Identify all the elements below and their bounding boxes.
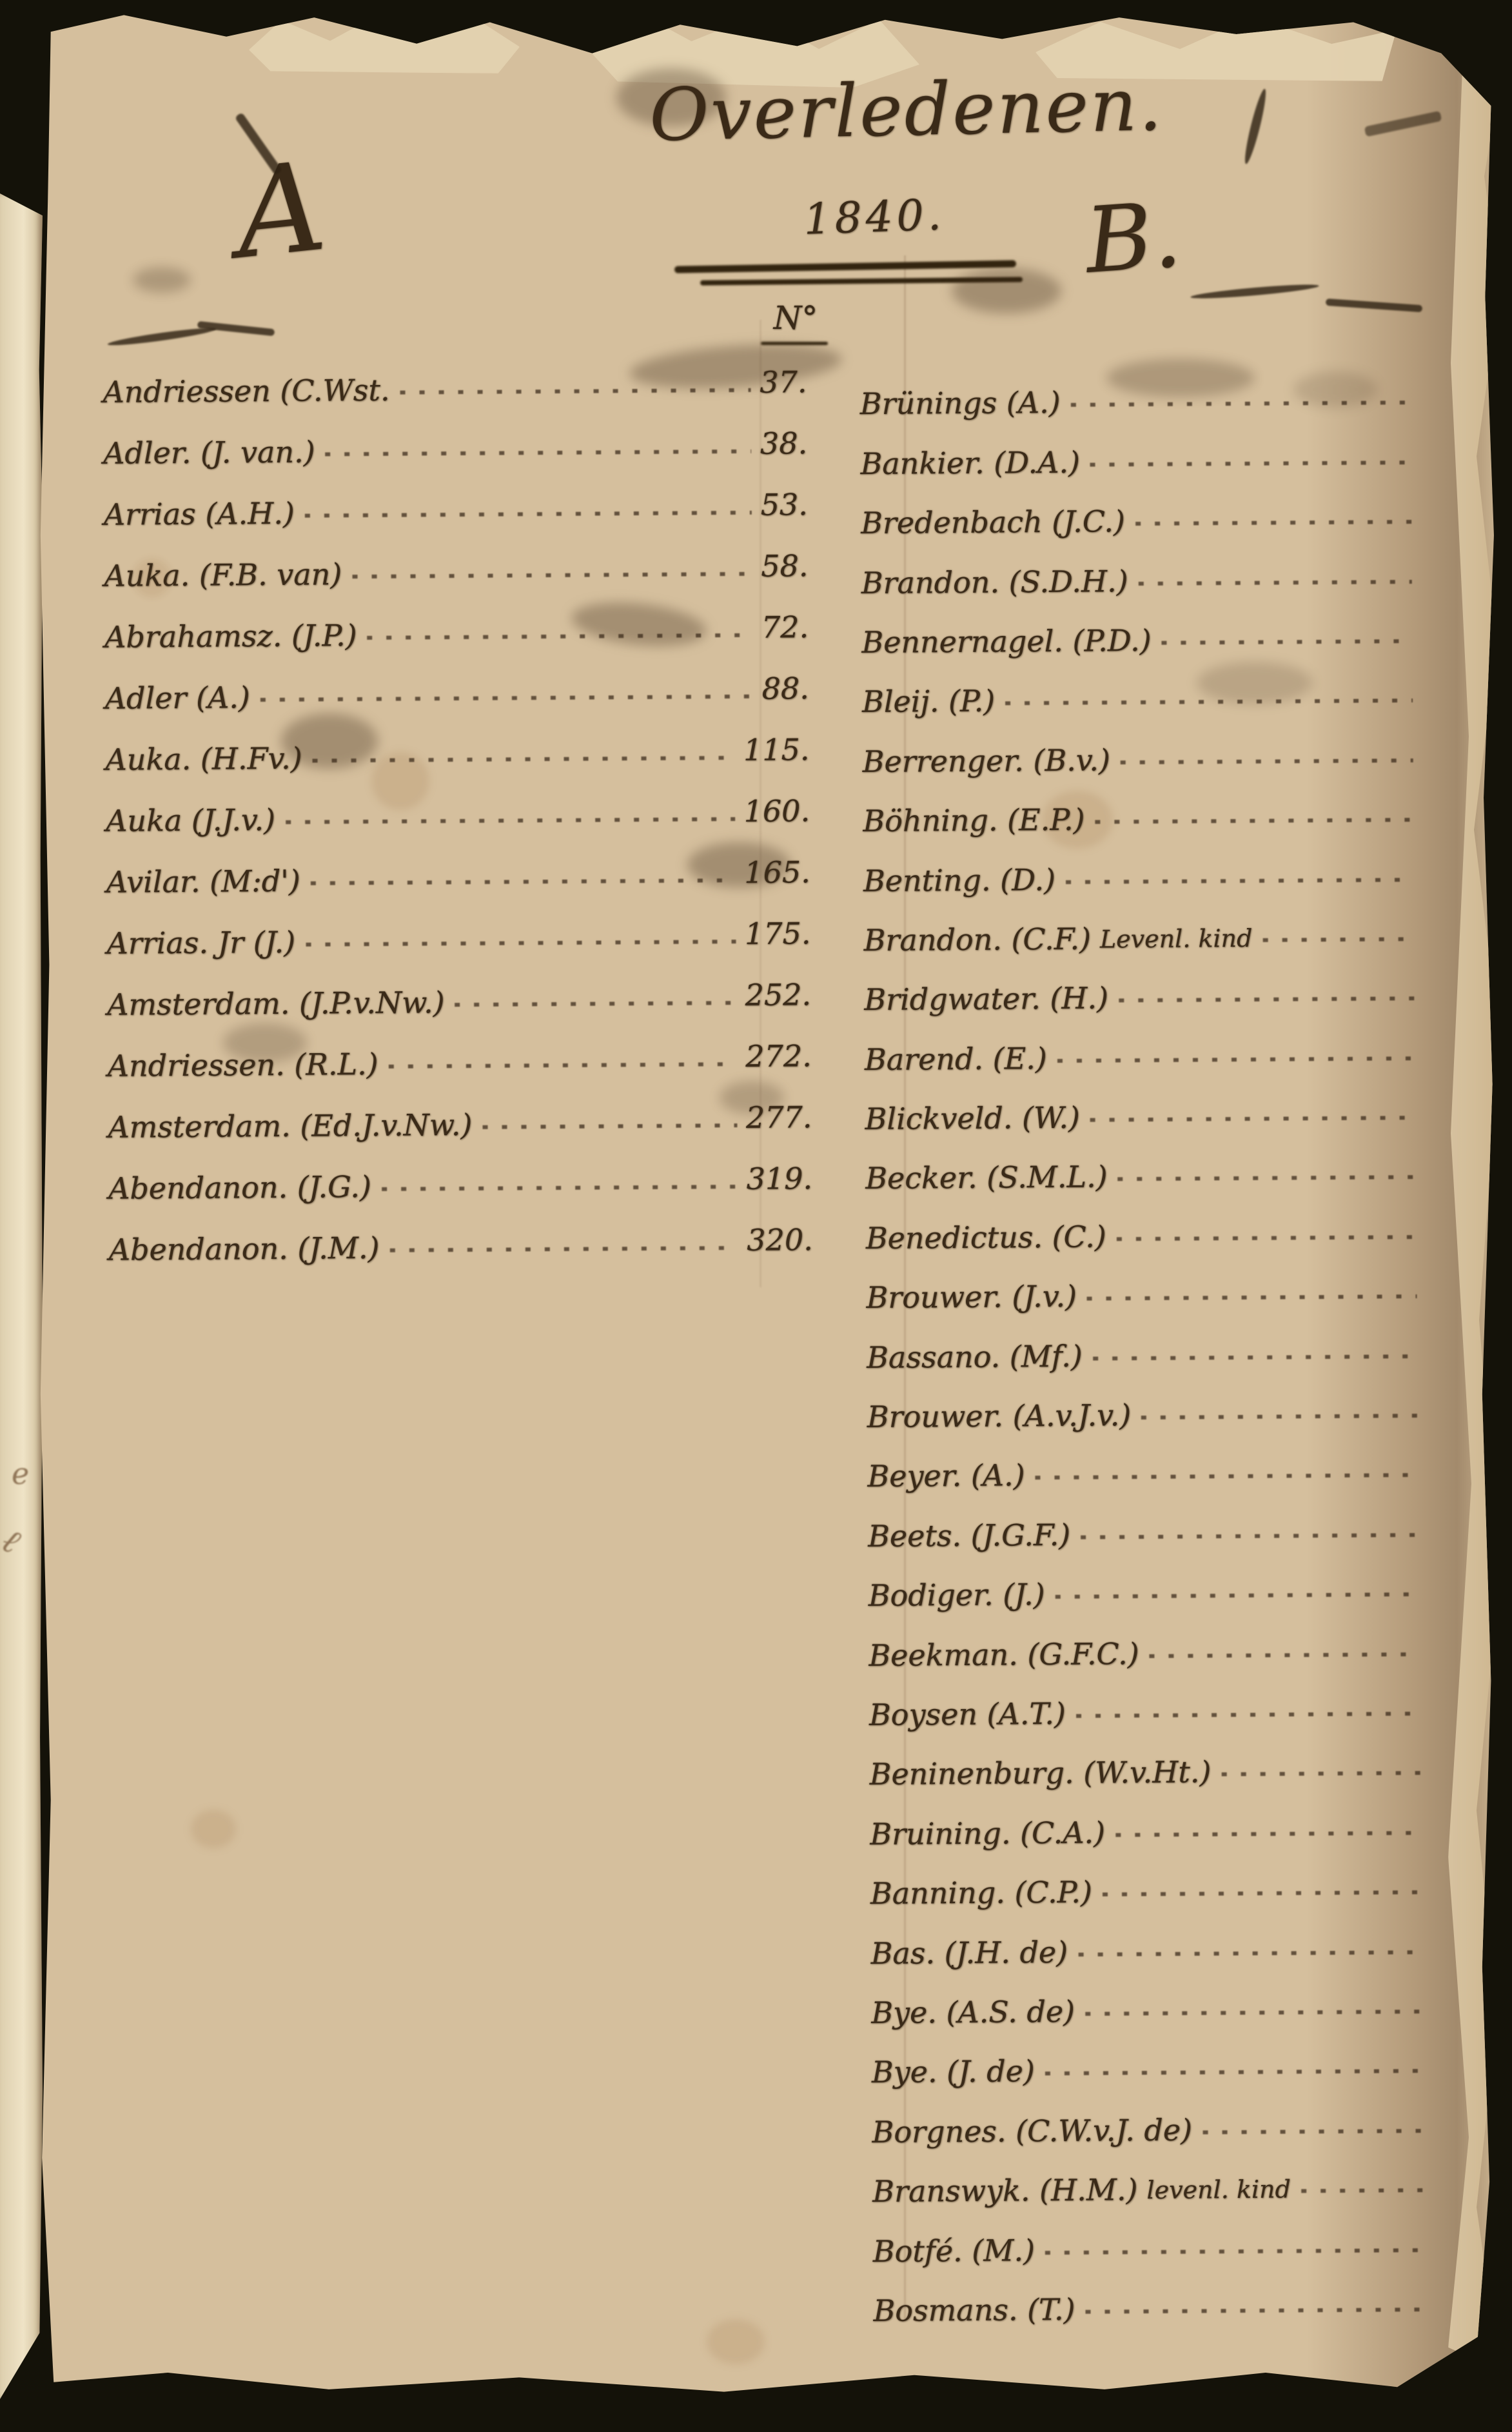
entry-name: Brouwer. (A.v.J.v.) (867, 1398, 1132, 1434)
entry-name: Bridgwater. (H.) (864, 981, 1108, 1018)
ink-smudge (616, 68, 726, 126)
entry-name: Bredenbach (J.C.) (861, 504, 1125, 540)
entry-name: Arrias (A.H.) (104, 496, 295, 532)
entry-name: Andriessen (C.Wst. (103, 373, 389, 410)
dotted-leader (455, 1001, 736, 1007)
entry-name: Bankier. (D.A.) (860, 444, 1080, 480)
register-row: Bosmans. (T.) (873, 2264, 1433, 2328)
entry-name: Beninenburg. (W.v.Ht.) (869, 1755, 1211, 1792)
scanned-register-page: { "page": { "title": "Overledenen.", "ye… (0, 0, 1512, 2432)
register-row: Brünings (A.) (859, 358, 1420, 421)
column-a: Andriessen (C.Wst. 37. Adler. (J. van.) … (103, 343, 813, 1267)
register-row: Avilar. (M:d') 165. (106, 833, 810, 900)
dotted-leader (352, 572, 752, 578)
entry-note: levenl. kind (1146, 2175, 1291, 2205)
entry-name: Andriessen. (R.L.) (108, 1047, 378, 1083)
entry-name: Beekman. (G.F.C.) (869, 1636, 1139, 1673)
entry-name: Bruining. (C.A.) (870, 1815, 1105, 1852)
register-row: Bridgwater. (H.) (864, 954, 1424, 1017)
entry-name: Amsterdam. (J.P.v.Nw.) (107, 985, 445, 1022)
dotted-leader (1262, 937, 1414, 942)
dotted-leader (305, 511, 752, 518)
dotted-leader (1119, 996, 1415, 1002)
dotted-leader (1090, 1116, 1416, 1122)
dotted-leader (368, 633, 752, 640)
torn-paper-flap (249, 14, 520, 74)
dotted-leader (1093, 1354, 1417, 1361)
foxing-spot (191, 1810, 236, 1848)
dotted-leader (1150, 1652, 1420, 1658)
register-row: Adler. (J. van.) 38. (103, 404, 808, 471)
register-row: Abendanon. (J.G.) 319. (108, 1140, 813, 1206)
column-b: Brünings (A.) Bankier. (D.A.) Bredenbach… (859, 358, 1433, 2328)
register-page: Overledenen. 1840. N° A B. Andriessen (C… (36, 10, 1500, 2397)
register-row: Berrenger. (B.v.) (862, 715, 1422, 778)
register-row: Bredenbach (J.C.) (861, 477, 1421, 540)
entry-name: Brandon. (S.D.H.) (861, 564, 1128, 600)
register-row: Beyer. (A.) (867, 1430, 1428, 1494)
entry-name: Bas. (J.H. de) (870, 1934, 1068, 1970)
register-row: Bas. (J.H. de) (870, 1907, 1431, 1970)
register-row: Brouwer. (J.v.) (866, 1252, 1426, 1315)
register-row: Bassano. (Mf.) (867, 1311, 1427, 1374)
entry-number: 58. (761, 548, 809, 584)
entry-number: 160. (743, 793, 810, 829)
entry-name: Brandon. (C.F.) (863, 921, 1091, 957)
entry-name: Branswyk. (H.M.) (872, 2172, 1138, 2209)
dotted-leader (400, 388, 751, 395)
ink-smudge (952, 268, 1061, 313)
register-row: Andriessen (C.Wst. 37. (103, 343, 807, 410)
entry-number: 272. (745, 1038, 812, 1074)
register-row: Borgnes. (C.W.v.J. de) (872, 2086, 1432, 2149)
entry-name: Bye. (A.S. de) (871, 1994, 1075, 2030)
entry-name: Adler (A.) (105, 680, 250, 716)
register-row: Botfé. (M.) (872, 2205, 1433, 2268)
year-label: 1840. (719, 187, 1030, 248)
entry-name: Boysen (A.T.) (869, 1696, 1066, 1732)
entry-name: Auka (J.J.v.) (106, 802, 275, 838)
dotted-leader (1203, 2129, 1423, 2134)
entry-name: Beyer. (A.) (867, 1458, 1025, 1494)
dotted-leader (1045, 2248, 1424, 2255)
register-row: Bye. (A.S. de) (871, 1966, 1431, 2030)
dotted-leader (1076, 1712, 1420, 1718)
dotted-leader (326, 450, 751, 457)
torn-right-edge (1448, 36, 1500, 2371)
register-row: Arrias (A.H.) 53. (103, 466, 808, 532)
ink-flourish (1364, 111, 1442, 137)
entry-name: Bassano. (Mf.) (867, 1338, 1083, 1374)
dotted-leader (311, 878, 736, 885)
register-row: Auka. (H.Fv.) 115. (105, 711, 810, 777)
entry-name: Brünings (A.) (860, 385, 1061, 421)
register-row: Benedictus. (C.) (865, 1192, 1426, 1255)
dotted-leader (1103, 1890, 1421, 1896)
entry-number: 37. (760, 364, 807, 400)
entry-note: Levenl. kind (1100, 924, 1253, 954)
dotted-leader (1135, 520, 1411, 526)
ink-flourish (197, 321, 275, 336)
entry-number: 72. (761, 609, 809, 645)
entry-name: Abendanon. (J.G.) (108, 1169, 371, 1206)
entry-number: 115. (743, 732, 810, 767)
register-row: Benting. (D.) (863, 835, 1424, 898)
dotted-leader (1087, 1294, 1417, 1301)
entry-number: 53. (760, 487, 808, 522)
dotted-leader (1301, 2188, 1423, 2193)
register-row: Abendanon. (J.M.) 320. (108, 1201, 813, 1267)
dotted-leader (313, 756, 735, 763)
entry-name: Adler. (J. van.) (103, 435, 315, 471)
dotted-leader (1139, 580, 1412, 586)
dotted-leader (306, 940, 736, 947)
entry-name: Becker. (S.M.L.) (865, 1160, 1108, 1196)
entry-name: Bosmans. (T.) (873, 2292, 1075, 2328)
register-row: Beekman. (G.F.C.) (869, 1609, 1429, 1672)
dotted-leader (1095, 818, 1413, 824)
dotted-leader (389, 1246, 738, 1252)
register-row: Andriessen. (R.L.) 272. (107, 1017, 812, 1083)
underlying-page-edge (0, 193, 43, 2399)
dotted-leader (1078, 1950, 1422, 1957)
entry-name: Abendanon. (J.M.) (109, 1231, 380, 1267)
dotted-leader (1071, 400, 1411, 407)
dotted-leader (1066, 878, 1414, 884)
entry-number: 319. (746, 1161, 812, 1196)
entry-name: Arrias. Jr (J.) (106, 925, 295, 961)
register-row: Beets. (J.G.F.) (868, 1490, 1428, 1553)
register-row: Blickveld. (W.) (865, 1073, 1425, 1136)
dotted-leader (1117, 1235, 1417, 1241)
entry-name: Bodiger. (J.) (869, 1577, 1045, 1613)
ink-flourish (107, 325, 217, 348)
entry-name: Brouwer. (J.v.) (866, 1279, 1077, 1315)
dotted-leader (1005, 698, 1413, 705)
section-letter-a: A (229, 135, 332, 286)
entry-name: Amsterdam. (Ed.J.v.Nw.) (108, 1107, 472, 1145)
register-row: Arrias. Jr (J.) 175. (106, 895, 811, 961)
entry-name: Beets. (J.G.F.) (868, 1518, 1070, 1554)
entry-name: Abrahamsz. (J.P.) (104, 618, 357, 655)
entry-number: 252. (745, 977, 811, 1013)
dotted-leader (1055, 1592, 1419, 1599)
register-row: Beninenburg. (W.v.Ht.) (869, 1728, 1429, 1792)
register-row: Brandon. (C.F.) Levenl. kind (863, 895, 1424, 958)
entry-number: 277. (746, 1100, 812, 1135)
register-row: Bleij. (P.) (862, 656, 1422, 719)
dotted-leader (1121, 758, 1413, 764)
register-row: Barend. (E.) (864, 1013, 1424, 1076)
entry-number: 88. (761, 671, 809, 706)
entry-name: Bleij. (P.) (862, 684, 995, 719)
register-row: Bennernagel. (P.D.) (861, 597, 1422, 660)
entry-name: Blickveld. (W.) (865, 1100, 1080, 1136)
dotted-leader (389, 1062, 737, 1069)
entry-name: Barend. (E.) (865, 1041, 1047, 1077)
register-row: Böhning. (E.P.) (863, 775, 1423, 838)
year-underline (674, 260, 1016, 273)
entry-number: 165. (744, 855, 810, 890)
dotted-leader (260, 695, 753, 702)
foxing-spot (707, 2319, 765, 2364)
dotted-leader (1036, 1473, 1419, 1479)
register-row: Abrahamsz. (J.P.) 72. (104, 588, 809, 655)
entry-number: 320. (747, 1222, 813, 1258)
dotted-leader (1090, 460, 1411, 466)
stray-ink-mark: e (12, 1456, 29, 1491)
entry-name: Banning. (C.P.) (870, 1875, 1092, 1911)
entry-name: Borgnes. (C.W.v.J. de) (872, 2112, 1192, 2149)
ink-flourish (1326, 299, 1422, 312)
register-row: Auka. (F.B. van) 58. (104, 527, 809, 593)
entry-name: Benting. (D.) (863, 862, 1055, 898)
dotted-leader (1086, 2308, 1424, 2314)
register-row: Boysen (A.T.) (869, 1669, 1429, 1732)
dotted-leader (286, 817, 735, 824)
section-letter-b: B. (1082, 183, 1184, 294)
register-row: Adler (A.) 88. (104, 649, 809, 716)
dotted-leader (1221, 1771, 1420, 1776)
dotted-leader (1085, 2010, 1422, 2016)
register-row: Branswyk. (H.M.) levenl. kind (872, 2146, 1433, 2209)
entry-name: Auka. (H.Fv.) (105, 741, 302, 777)
entry-name: Benedictus. (C.) (866, 1219, 1106, 1256)
entry-name: Böhning. (E.P.) (863, 802, 1085, 838)
dotted-leader (1162, 639, 1413, 645)
register-row: Bankier. (D.A.) (860, 417, 1420, 480)
register-row: Becker. (S.M.L.) (865, 1132, 1426, 1196)
register-row: Auka (J.J.v.) 160. (106, 772, 810, 838)
register-row: Amsterdam. (Ed.J.v.Nw.) 277. (108, 1078, 812, 1145)
number-column-header: N° (751, 299, 841, 337)
dotted-leader (1057, 1056, 1415, 1063)
register-row: Brandon. (S.D.H.) (861, 537, 1421, 600)
entry-number: 175. (745, 916, 811, 951)
entry-name: Berrenger. (B.v.) (863, 742, 1111, 779)
register-row: Amsterdam. (J.P.v.Nw.) 252. (107, 956, 812, 1022)
entry-name: Bye. (J. de) (872, 2054, 1035, 2090)
entry-name: Bennernagel. (P.D.) (861, 623, 1152, 660)
dotted-leader (482, 1123, 737, 1129)
entry-name: Auka. (F.B. van) (104, 557, 342, 593)
dotted-leader (1115, 1831, 1420, 1837)
entry-name: Botfé. (M.) (873, 2233, 1035, 2269)
dotted-leader (1141, 1414, 1418, 1419)
dotted-leader (1045, 2069, 1422, 2075)
register-row: Bodiger. (J.) (868, 1550, 1428, 1613)
ink-smudge (133, 267, 191, 293)
register-row: Banning. (C.P.) (870, 1848, 1430, 1911)
dotted-leader (1081, 1533, 1419, 1539)
entry-name: Avilar. (M:d') (106, 864, 300, 900)
register-row: Brouwer. (A.v.J.v.) (867, 1371, 1427, 1434)
entry-number: 38. (760, 426, 808, 461)
dotted-leader (1118, 1176, 1417, 1181)
register-row: Bruining. (C.A.) (870, 1788, 1430, 1851)
dotted-leader (382, 1185, 738, 1191)
ink-flourish (1190, 282, 1319, 301)
register-row: Bye. (J. de) (871, 2026, 1431, 2090)
